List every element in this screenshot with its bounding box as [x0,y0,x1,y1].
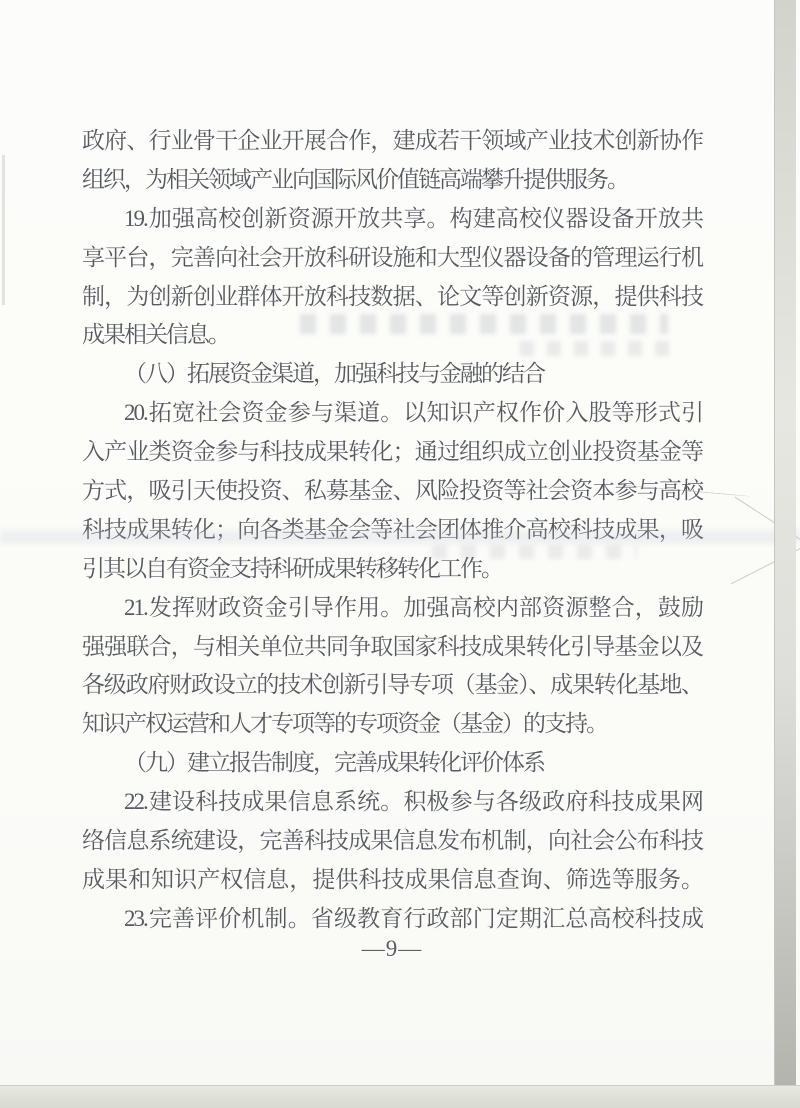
text-line: 20.拓宽社会资金参与渠道。以知识产权作价入股等形式引 [82,394,702,433]
scanned-document-page: 政府、行业骨干企业开展合作，建成若干领域产业技术创新协作 组织，为相关领域产业向… [0,0,800,1108]
text-line: 各级政府财政设立的技术创新引导专项（基金）、成果转化基地、 [82,666,702,705]
text-line: 19.加强高校创新资源开放共享。构建高校仪器设备开放共 [82,200,702,239]
bleed-through-artifact [300,314,668,334]
text-line: 21.发挥财政资金引导作用。加强高校内部资源整合，鼓励 [82,589,702,628]
text-line: 组织，为相关领域产业向国际风价值链高端攀升提供服务。 [82,161,702,200]
section-heading-line: （八）拓展资金渠道，加强科技与金融的结合 [82,355,702,394]
scan-edge-mark [2,155,5,305]
text-line: 入产业类资金参与科技成果转化；通过组织成立创业投资基金等 [82,433,702,472]
scanner-band-artifact [0,530,800,544]
scanner-right-edge [774,0,796,1086]
scanner-bottom-edge [0,1085,800,1108]
text-line: 享平台，完善向社会开放科研设施和大型仪器设备的管理运行机 [82,239,702,278]
text-line: 知识产权运营和人才专项等的专项资金（基金）的支持。 [82,705,702,744]
text-line: 22.建设科技成果信息系统。积极参与各级政府科技成果网 [82,783,702,822]
text-line: 政府、行业骨干企业开展合作，建成若干领域产业技术创新协作 [82,122,702,161]
text-line: 络信息系统建设，完善科技成果信息发布机制，向社会公布科技 [82,822,702,861]
bleed-through-artifact [520,341,670,356]
text-line: 强强联合，与相关单位共同争取国家科技成果转化引导基金以及 [82,628,702,667]
text-line: 制，为创新创业群体开放科技数据、论文等创新资源，提供科技 [82,278,702,317]
page-number: —9— [82,936,702,962]
text-line: 方式，吸引天使投资、私募基金、风险投资等社会资本参与高校 [82,472,702,511]
text-line: 成果和知识产权信息，提供科技成果信息查询、筛选等服务。 [82,861,702,900]
text-line: 23.完善评价机制。省级教育行政部门定期汇总高校科技成 [82,900,702,939]
bleed-through-artifact [432,545,637,559]
section-heading-line: （九）建立报告制度，完善成果转化评价体系 [82,744,702,783]
